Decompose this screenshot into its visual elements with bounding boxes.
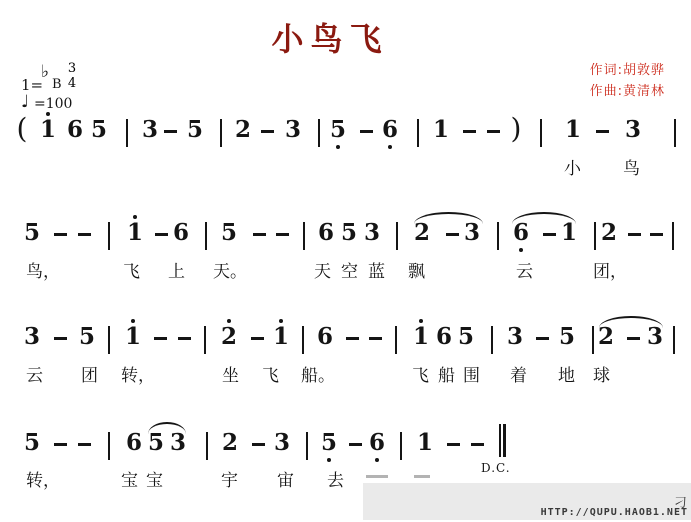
- note: 6: [173, 221, 189, 245]
- slur-arc: [148, 422, 186, 434]
- lyric-char: 转，: [26, 471, 60, 491]
- barline: [204, 326, 206, 354]
- barline: [673, 326, 675, 354]
- note: 1: [413, 325, 429, 349]
- note: 6: [513, 221, 529, 245]
- duration-dash: [54, 233, 67, 236]
- note: 2: [601, 221, 617, 245]
- barline: [417, 119, 419, 147]
- barline: [592, 326, 594, 354]
- dc-repeat-mark: D.C.: [481, 461, 511, 475]
- barline: [674, 119, 676, 147]
- note: 6: [382, 118, 398, 142]
- note: 1: [273, 325, 289, 349]
- key-letter: B: [52, 77, 62, 92]
- note: 6: [126, 431, 142, 455]
- slur-arc: [414, 212, 483, 224]
- sheet-music-page: 小鸟飞 作词:胡敦骅 作曲:黄清林 1= ♭ B 3 4 ♩ =100 (165…: [0, 0, 691, 522]
- note: 1: [125, 325, 141, 349]
- time-signature: 3 4: [64, 61, 80, 91]
- quarter-note-icon: ♩: [21, 92, 29, 112]
- duration-dash: [596, 130, 609, 133]
- note: 6: [317, 325, 333, 349]
- duration-dash: [154, 337, 167, 340]
- duration-dash: [628, 233, 641, 236]
- note: 1: [40, 118, 56, 142]
- octave-dot-above: [279, 319, 283, 323]
- time-signature-numerator: 3: [64, 61, 80, 76]
- note: 5: [24, 221, 40, 245]
- duration-dash: [349, 443, 362, 446]
- note: 5: [91, 118, 107, 142]
- flat-sign-icon: ♭: [41, 62, 49, 82]
- note: 3: [507, 325, 523, 349]
- barline: [108, 222, 110, 250]
- lyric-char: 坐: [222, 366, 239, 386]
- duration-dash: [78, 443, 91, 446]
- time-signature-denominator: 4: [64, 76, 80, 91]
- barline: [205, 222, 207, 250]
- duration-dash: [463, 130, 476, 133]
- octave-dot-below: [327, 458, 331, 462]
- duration-dash: [536, 337, 549, 340]
- lyric-char: 上: [168, 262, 185, 282]
- note: 3: [274, 431, 290, 455]
- lyric-char: 云: [516, 262, 533, 282]
- note: 2: [414, 221, 430, 245]
- duration-dash: [447, 443, 460, 446]
- octave-dot-below: [336, 145, 340, 149]
- lyric-char: 宇: [221, 471, 238, 491]
- slur-arc: [512, 212, 576, 224]
- note: 5: [559, 325, 575, 349]
- lyric-char: 鸟，: [26, 262, 60, 282]
- obscured-lyric-fragment: [366, 475, 388, 478]
- duration-dash: [54, 337, 67, 340]
- note: 5: [221, 221, 237, 245]
- lyric-char: 转，: [121, 366, 155, 386]
- octave-dot-below: [519, 248, 523, 252]
- lyric-char: 宝: [121, 471, 138, 491]
- barline: [400, 432, 402, 460]
- barline: [318, 119, 320, 147]
- watermark-url: HTTP://QUPU.HAOB1.NET: [541, 507, 688, 518]
- duration-dash: [360, 130, 373, 133]
- note: 6: [67, 118, 83, 142]
- note: 5: [24, 431, 40, 455]
- lyric-char: 球: [593, 366, 610, 386]
- note: 2: [235, 118, 251, 142]
- duration-dash: [178, 337, 191, 340]
- duration-dash: [261, 130, 274, 133]
- duration-dash: [650, 233, 663, 236]
- duration-dash: [164, 130, 177, 133]
- duration-dash: [369, 337, 382, 340]
- octave-dot-below: [388, 145, 392, 149]
- lyric-char: 团: [81, 366, 98, 386]
- barline: [108, 432, 110, 460]
- duration-dash: [54, 443, 67, 446]
- barline: [491, 326, 493, 354]
- final-barline-thin: [499, 424, 501, 457]
- slur-arc: [599, 316, 663, 328]
- note: 2: [222, 431, 238, 455]
- note: 1: [127, 221, 143, 245]
- obscured-lyric-fragment: [414, 475, 430, 478]
- duration-dash: [253, 233, 266, 236]
- duration-dash: [346, 337, 359, 340]
- song-title: 小鸟飞: [260, 14, 400, 60]
- lyric-char: 宙: [277, 471, 294, 491]
- note: 1: [565, 118, 581, 142]
- barline: [497, 222, 499, 250]
- octave-dot-above: [227, 319, 231, 323]
- composer-credit: 作曲:黄清林: [590, 81, 665, 102]
- octave-dot-above: [419, 319, 423, 323]
- barline: [540, 119, 542, 147]
- barline: [395, 326, 397, 354]
- credits-block: 作词:胡敦骅 作曲:黄清林: [590, 60, 665, 102]
- note: 5: [148, 431, 164, 455]
- lyric-char: 去: [327, 471, 344, 491]
- lyric-char: 地: [558, 366, 575, 386]
- note: 3: [285, 118, 301, 142]
- barline: [306, 432, 308, 460]
- note: 3: [625, 118, 641, 142]
- note: 5: [458, 325, 474, 349]
- lyric-char: 小: [564, 159, 581, 179]
- lyric-char: 天。: [213, 262, 247, 282]
- note: 5: [330, 118, 346, 142]
- lyric-char: 团，: [593, 262, 627, 282]
- note: 2: [221, 325, 237, 349]
- lyric-char: 围: [463, 366, 480, 386]
- barline: [594, 222, 596, 250]
- note: 2: [598, 325, 614, 349]
- barline: [396, 222, 398, 250]
- lyric-char: 飘: [408, 262, 425, 282]
- lyric-char: 着: [510, 366, 527, 386]
- note: 3: [142, 118, 158, 142]
- note: 3: [464, 221, 480, 245]
- lyric-char: 鸟: [623, 159, 640, 179]
- note: 3: [647, 325, 663, 349]
- lyric-char: 飞: [412, 366, 429, 386]
- lyric-char: 宝: [146, 471, 163, 491]
- note: 5: [341, 221, 357, 245]
- duration-dash: [543, 233, 556, 236]
- note: 5: [79, 325, 95, 349]
- note: 3: [170, 431, 186, 455]
- lyric-char: 飞: [262, 366, 279, 386]
- note: 5: [321, 431, 337, 455]
- duration-dash: [78, 233, 91, 236]
- duration-dash: [251, 337, 264, 340]
- lyricist-credit: 作词:胡敦骅: [590, 60, 665, 81]
- barline: [672, 222, 674, 250]
- octave-dot-above: [133, 215, 137, 219]
- lyric-char: 船: [438, 366, 455, 386]
- barline: [302, 326, 304, 354]
- note: 5: [187, 118, 203, 142]
- note: 3: [364, 221, 380, 245]
- lyric-char: 船。: [301, 366, 335, 386]
- duration-dash: [155, 233, 168, 236]
- barline: [126, 119, 128, 147]
- duration-dash: [252, 443, 265, 446]
- note: 6: [318, 221, 334, 245]
- note: 1: [561, 221, 577, 245]
- final-barline-thick: [503, 424, 506, 457]
- tempo-value: =100: [34, 96, 72, 112]
- barline: [220, 119, 222, 147]
- lyric-char: 飞: [123, 262, 140, 282]
- lyric-char: 云: [26, 366, 43, 386]
- note: 3: [24, 325, 40, 349]
- note: 1: [417, 431, 433, 455]
- lyric-char: 蓝: [368, 262, 385, 282]
- barline: [303, 222, 305, 250]
- duration-dash: [471, 443, 484, 446]
- octave-dot-above: [131, 319, 135, 323]
- barline: [108, 326, 110, 354]
- note: 6: [436, 325, 452, 349]
- phrase-paren: (: [16, 116, 28, 142]
- octave-dot-above: [46, 112, 50, 116]
- lyric-char: 天: [314, 262, 331, 282]
- phrase-paren: ): [510, 116, 522, 142]
- duration-dash: [627, 337, 640, 340]
- note: 6: [369, 431, 385, 455]
- barline: [206, 432, 208, 460]
- duration-dash: [487, 130, 500, 133]
- note: 1: [433, 118, 449, 142]
- duration-dash: [276, 233, 289, 236]
- lyric-char: 空: [341, 262, 358, 282]
- octave-dot-below: [375, 458, 379, 462]
- duration-dash: [446, 233, 459, 236]
